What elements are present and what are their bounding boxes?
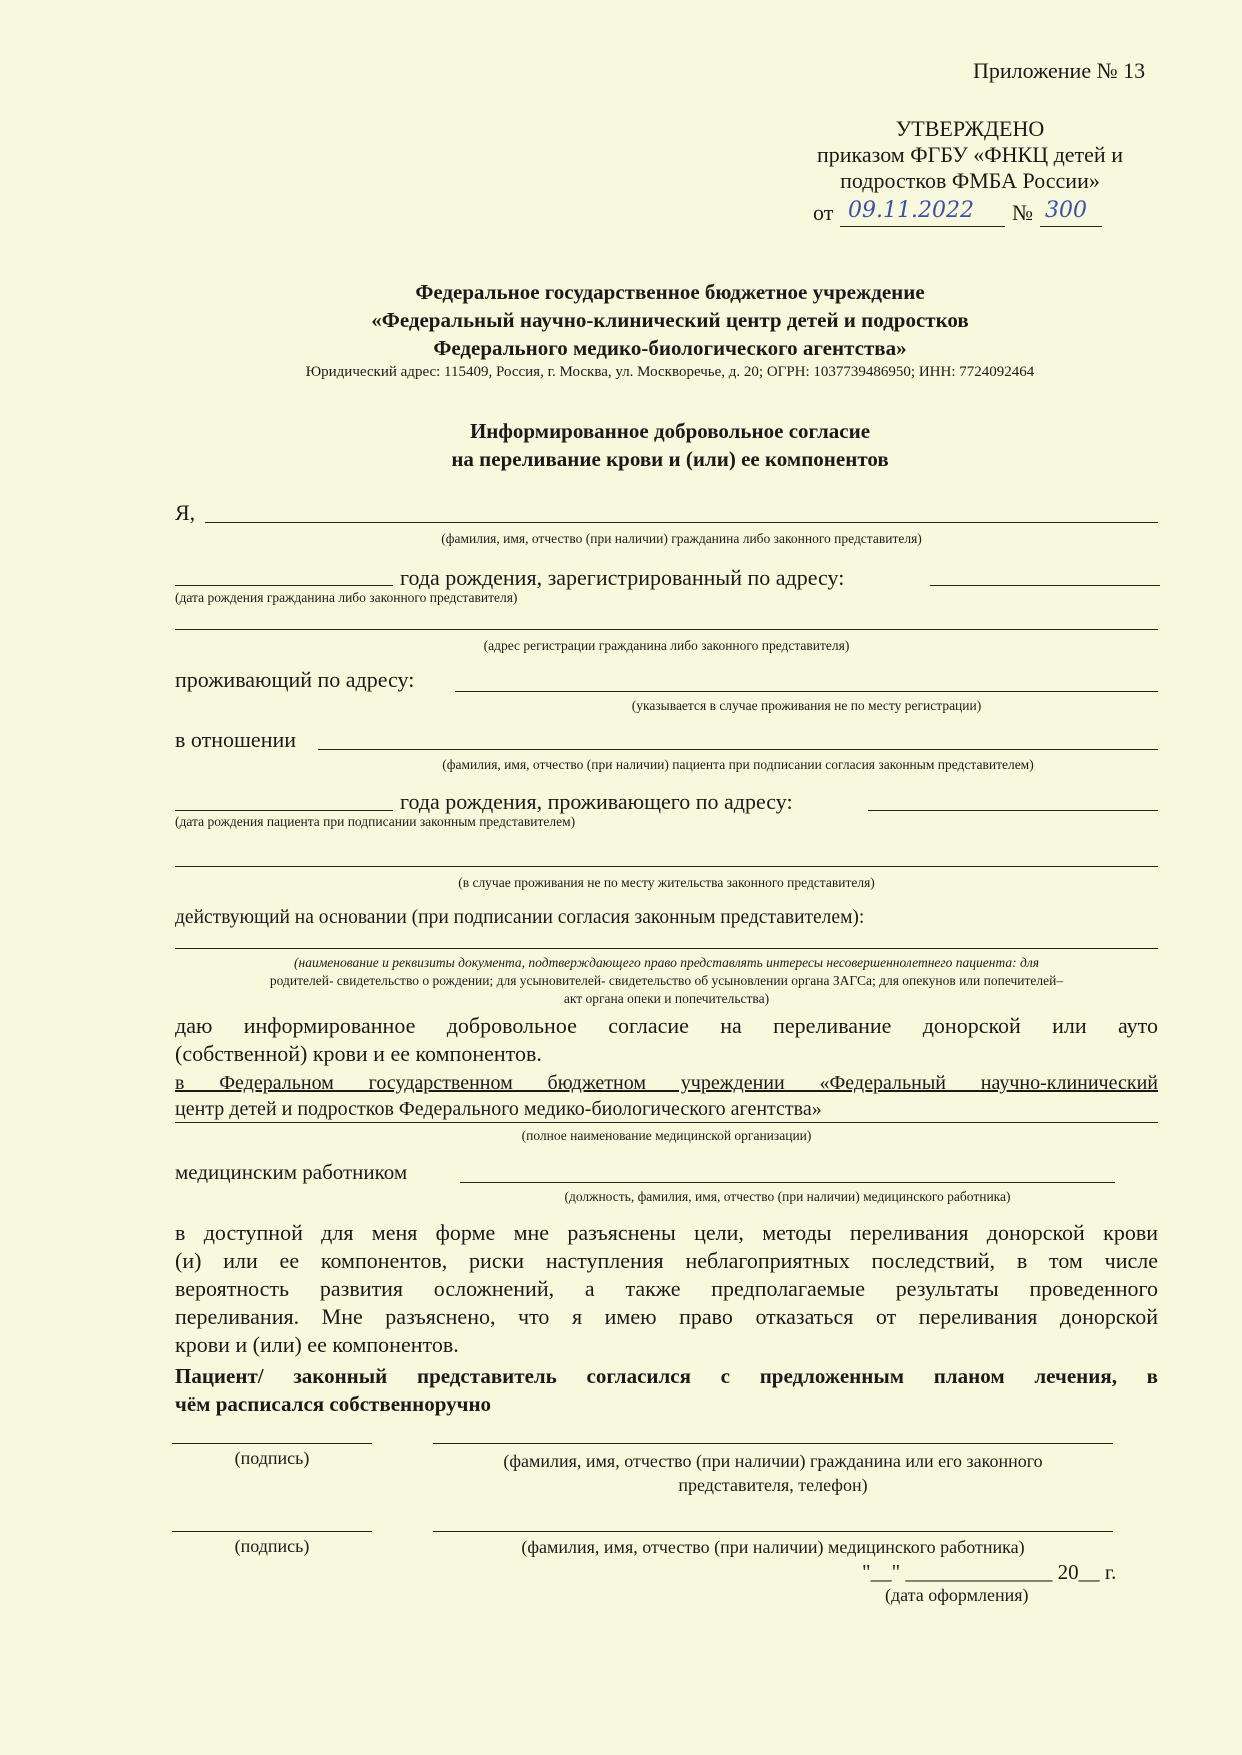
medical-org-line2: центр детей и подростков Федерального ме… (175, 1098, 822, 1121)
medical-org-underline (175, 1122, 1158, 1123)
worker-fullname-hint: (фамилия, имя, отчество (при наличии) ме… (433, 1537, 1113, 1558)
basis-hint-line3: акт органа опеки и попечительства) (175, 990, 1158, 1008)
medical-org-line1: в Федеральном государственном бюджетном … (175, 1072, 1158, 1095)
explanation-line4: переливания. Мне разъяснено, что я имею … (175, 1303, 1158, 1331)
explanation-line1: в доступной для меня форме мне разъяснен… (175, 1219, 1158, 1247)
i-label: Я, (175, 500, 195, 526)
patient-fullname-hint: (фамилия, имя, отчество (при наличии) гр… (433, 1449, 1113, 1497)
patient-name-hint: (фамилия, имя, отчество (при наличии) па… (318, 757, 1158, 773)
living-address-hint: (указывается в случае проживания не по м… (455, 698, 1158, 714)
org-line1: Федеральное государственное бюджетное уч… (200, 278, 1140, 306)
approval-number-line (1040, 226, 1102, 227)
patient-birth-date-field[interactable] (175, 810, 393, 811)
patient-signature-field[interactable] (172, 1443, 372, 1444)
living-address-field[interactable] (455, 691, 1158, 692)
medical-org-hint: (полное наименование медицинской организ… (175, 1128, 1158, 1144)
birth-date-hint: (дата рождения гражданина либо законного… (175, 590, 517, 606)
registration-address-field-2[interactable] (175, 629, 1158, 630)
issue-date-field[interactable]: "__" ______________ 20__ г. (862, 1560, 1116, 1585)
approval-title: УТВЕРЖДЕНО (790, 116, 1150, 142)
basis-hint-line2: родителей- свидетельство о рождении; для… (175, 972, 1158, 990)
patient-fullname-field[interactable] (433, 1443, 1113, 1444)
registration-address-hint: (адрес регистрации гражданина либо закон… (175, 638, 1158, 654)
agreement-line2: чём расписался собственноручно (175, 1390, 1158, 1418)
explanation-line3: вероятность развития осложнений, а также… (175, 1275, 1158, 1303)
explanation-line5: крови и (или) ее компонентов. (175, 1331, 1158, 1359)
living-label: проживающий по адресу: (175, 667, 414, 693)
basis-document-field[interactable] (175, 948, 1158, 949)
title-line2: на переливание крови и (или) ее компонен… (200, 445, 1140, 473)
consent-line1: даю информированное добровольное согласи… (175, 1013, 1158, 1039)
approval-line1: приказом ФГБУ «ФНКЦ детей и (790, 142, 1150, 168)
patient-birth-date-hint: (дата рождения пациента при подписании з… (175, 814, 575, 830)
explanation-line2: (и) или ее компонентов, риски наступлени… (175, 1247, 1158, 1275)
worker-fullname-field[interactable] (433, 1531, 1113, 1532)
medical-worker-label: медицинским работником (175, 1160, 407, 1185)
approval-date-line (840, 226, 1005, 227)
birth-date-field[interactable] (175, 585, 393, 586)
full-name-field[interactable] (205, 522, 1158, 523)
org-legal-address: Юридический адрес: 115409, Россия, г. Мо… (200, 364, 1140, 381)
patient-address-field-1[interactable] (868, 810, 1158, 811)
birth-label: года рождения, зарегистрированный по адр… (400, 565, 844, 591)
appendix-number: Приложение № 13 (973, 58, 1145, 84)
approval-line2: подростков ФМБА России» (790, 168, 1150, 194)
worker-signature-field[interactable] (172, 1531, 372, 1532)
patient-address-hint: (в случае проживания не по месту жительс… (175, 875, 1158, 891)
org-line2: «Федеральный научно-клинический центр де… (200, 306, 1140, 334)
document-title: Информированное добровольное согласие на… (200, 417, 1140, 473)
explanation-paragraph: в доступной для меня форме мне разъяснен… (175, 1219, 1158, 1359)
basis-hint-line1: (наименование и реквизиты документа, под… (175, 954, 1158, 972)
approval-number-value: 300 (1045, 198, 1087, 223)
approval-block: УТВЕРЖДЕНО приказом ФГБУ «ФНКЦ детей и п… (790, 116, 1150, 194)
worker-signature-hint: (подпись) (172, 1536, 372, 1557)
medical-worker-hint: (должность, фамилия, имя, отчество (при … (460, 1189, 1115, 1205)
consent-line2: (собственной) крови и ее компонентов. (175, 1041, 542, 1067)
approval-number-prefix: № (1012, 200, 1033, 226)
org-line3: Федерального медико-биологического агент… (200, 334, 1140, 362)
registration-address-field-1[interactable] (930, 585, 1160, 586)
approval-date-prefix: от (813, 200, 833, 226)
issue-date-hint: (дата оформления) (885, 1585, 1029, 1606)
full-name-hint: (фамилия, имя, отчество (при наличии) гр… (205, 531, 1158, 547)
approval-date-value: 09.11.2022 (848, 198, 974, 223)
agreement-line1: Пациент/ законный представитель согласил… (175, 1362, 1158, 1390)
patient-name-field[interactable] (318, 749, 1158, 750)
organization-name: Федеральное государственное бюджетное уч… (200, 278, 1140, 362)
patient-address-field-2[interactable] (175, 866, 1158, 867)
agreement-statement: Пациент/ законный представитель согласил… (175, 1362, 1158, 1418)
basis-label: действующий на основании (при подписании… (175, 907, 864, 929)
patient-fullname-hint-line1: (фамилия, имя, отчество (при наличии) гр… (433, 1449, 1113, 1473)
patient-fullname-hint-line2: представителя, телефон) (433, 1473, 1113, 1497)
basis-hint: (наименование и реквизиты документа, под… (175, 954, 1158, 1008)
patient-birth-label: года рождения, проживающего по адресу: (400, 789, 793, 815)
title-line1: Информированное добровольное согласие (200, 417, 1140, 445)
patient-signature-hint: (подпись) (172, 1448, 372, 1469)
regarding-label: в отношении (175, 727, 296, 753)
medical-worker-field[interactable] (460, 1182, 1115, 1183)
